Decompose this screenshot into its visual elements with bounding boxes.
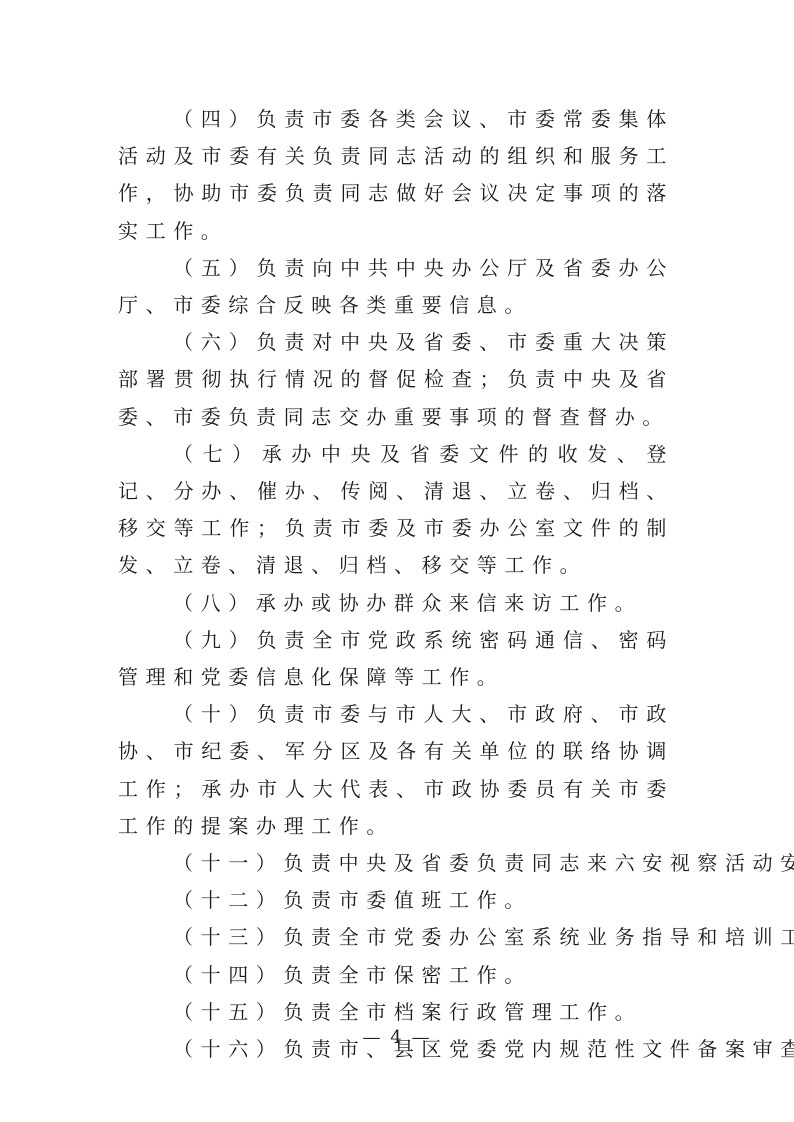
paragraph-item-14: （十四）负责全市保密工作。 bbox=[118, 957, 674, 994]
paragraph-item-11: （十一）负责中央及省委负责同志来六安视察活动安排。 bbox=[118, 845, 674, 882]
page-number: — 4 — bbox=[0, 1027, 794, 1048]
paragraph-item-13: （十三）负责全市党委办公室系统业务指导和培训工作。 bbox=[118, 919, 674, 956]
paragraph-item-15: （十五）负责全市档案行政管理工作。 bbox=[118, 994, 674, 1031]
paragraph-item-10: （十）负责市委与市人大、市政府、市政协、市纪委、军分区及各有关单位的联络协调工作… bbox=[118, 696, 674, 845]
document-body: （四）负责市委各类会议、市委常委集体活动及市委有关负责同志活动的组织和服务工作，… bbox=[118, 101, 674, 1068]
paragraph-item-12: （十二）负责市委值班工作。 bbox=[118, 882, 674, 919]
paragraph-item-8: （八）承办或协办群众来信来访工作。 bbox=[118, 585, 674, 622]
paragraph-item-4: （四）负责市委各类会议、市委常委集体活动及市委有关负责同志活动的组织和服务工作，… bbox=[118, 101, 674, 250]
paragraph-item-6: （六）负责对中央及省委、市委重大决策部署贯彻执行情况的督促检查；负责中央及省委、… bbox=[118, 324, 674, 436]
paragraph-item-7: （七）承办中央及省委文件的收发、登记、分办、催办、传阅、清退、立卷、归档、移交等… bbox=[118, 436, 674, 585]
paragraph-item-9: （九）负责全市党政系统密码通信、密码管理和党委信息化保障等工作。 bbox=[118, 622, 674, 696]
document-page: （四）负责市委各类会议、市委常委集体活动及市委有关负责同志活动的组织和服务工作，… bbox=[0, 0, 794, 1122]
paragraph-item-5: （五）负责向中共中央办公厅及省委办公厅、市委综合反映各类重要信息。 bbox=[118, 250, 674, 324]
